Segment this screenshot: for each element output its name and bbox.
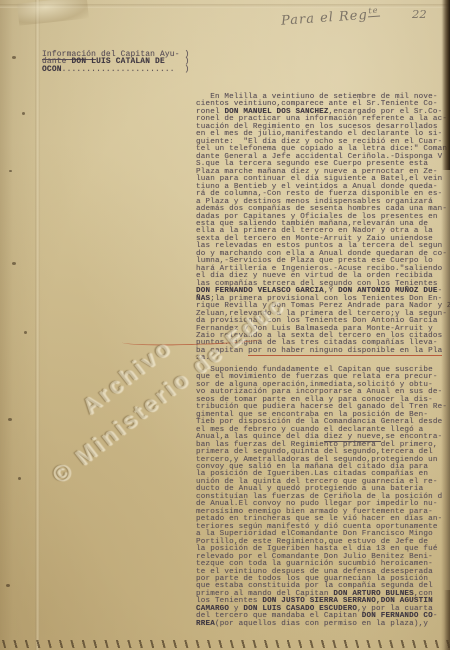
text-line: ba capitan por no haber ninguno disponib… xyxy=(196,348,450,355)
page-number: 22 xyxy=(412,7,427,21)
text-line: RREA(por aquellos dias con permiso en la… xyxy=(196,621,450,628)
handwritten-annotation-superscript: te xyxy=(367,6,380,18)
binding-speck xyxy=(24,331,27,334)
binding-speck xyxy=(18,477,21,480)
paper-fold-crease xyxy=(35,0,40,650)
bottom-perforation-row xyxy=(0,640,450,648)
paragraph: Suponiendo fundadamente el Capitan que s… xyxy=(196,367,450,628)
binding-speck xyxy=(22,112,25,115)
handwritten-annotation: Para el Regte xyxy=(281,6,381,29)
text-line: OCON....................... ) xyxy=(42,66,189,73)
paragraph: En Melilla a veintiuno de setiembre de m… xyxy=(196,94,450,363)
binding-speck xyxy=(12,56,16,59)
margin-note: Información del Capitan Ayu- )dante DON … xyxy=(42,51,189,73)
binding-speck xyxy=(8,418,12,421)
scanned-document-page: Para el Regte 22 Información del Capitan… xyxy=(0,0,450,650)
binding-speck xyxy=(6,584,10,587)
binding-speck xyxy=(9,170,12,172)
handwritten-annotation-text: Para el Reg xyxy=(281,8,369,29)
page-edge-shadow-top xyxy=(442,0,450,170)
text-line: za. xyxy=(196,355,450,362)
binding-speck xyxy=(12,262,16,265)
paper-crumple-mark xyxy=(17,0,89,26)
typewritten-body-text: En Melilla a veintiuno de setiembre de m… xyxy=(196,94,450,628)
